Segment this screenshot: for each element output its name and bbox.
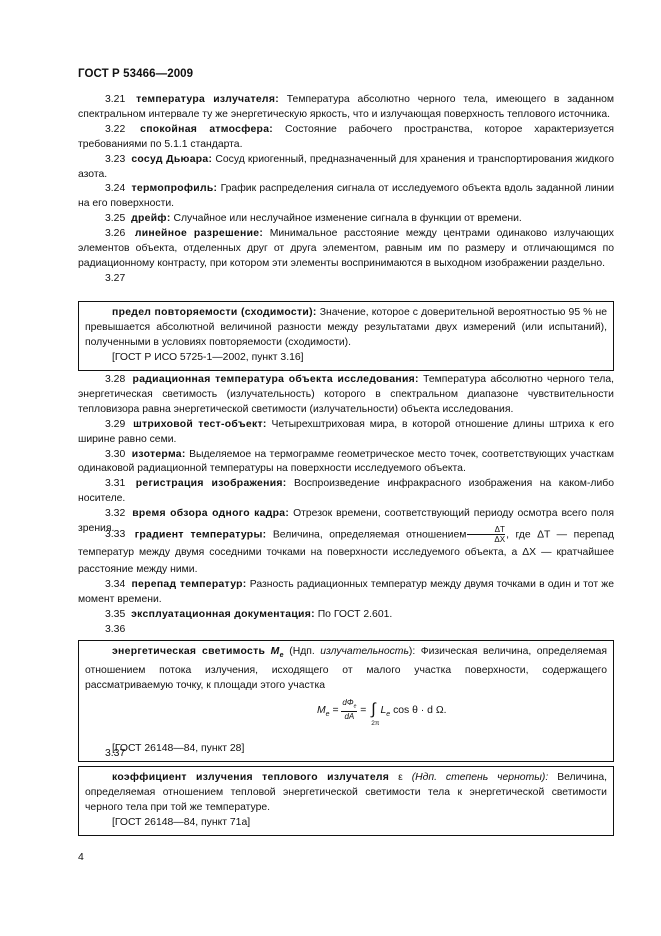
term-name: температура излучателя: (136, 94, 279, 105)
term-name: коэффициент излучения теплового излучате… (112, 772, 389, 783)
term-entry: 3.35 эксплуатационная документация: По Г… (78, 608, 614, 623)
term-box-3-27: предел повторяемости (сходимости): Значе… (78, 301, 614, 371)
term-number-3-37: 3.37 (78, 747, 614, 762)
integral-sign: ∫2π (371, 702, 375, 718)
term-name: сосуд Дьюара: (131, 154, 212, 165)
term-entry: 3.23 сосуд Дьюара: Сосуд криогенный, пре… (78, 153, 614, 183)
term-name: градиент температуры: (135, 529, 267, 540)
term-entry: 3.25 дрейф: Случайное или неслучайное из… (78, 212, 614, 227)
term-box-3-37: коэффициент излучения теплового излучате… (78, 766, 614, 836)
source-reference: [ГОСТ Р ИСО 5725-1—2002, пункт 3.16] (85, 351, 607, 366)
gradient-fraction: ΔTΔX (467, 525, 505, 544)
term-number: 3.27 (78, 272, 614, 287)
term-name: линейное разрешение: (135, 228, 263, 239)
term-name: энергетическая светимость (112, 646, 265, 657)
luminous-exitance-formula: Me = dΦedA = ∫2π Le cos θ · d Ω. (85, 698, 607, 732)
term-definition: Случайное или неслучайное изменение сигн… (173, 213, 521, 224)
term-name: регистрация изображения: (136, 478, 287, 489)
term-name: эксплуатационная документация: (131, 609, 315, 620)
term-entry: 3.34 перепад температур: Разность радиац… (78, 578, 614, 608)
terms-section-a: 3.21 температура излучателя: Температура… (78, 93, 614, 287)
term-number: 3.36 (78, 623, 614, 638)
page-number: 4 (78, 851, 84, 866)
document-header: ГОСТ Р 53466—2009 (78, 67, 193, 82)
term-name: перепад температур: (131, 579, 246, 590)
term-entry: 3.26 линейное разрешение: Минимальное ра… (78, 227, 614, 272)
term-name: радиационная температура объекта исследо… (133, 374, 419, 385)
term-name: спокойная атмосфера: (140, 124, 273, 135)
term-name: дрейф: (131, 213, 170, 224)
term-entry: 3.31 регистрация изображения: Воспроизве… (78, 477, 614, 507)
term-entry: 3.24 термопрофиль: График распределения … (78, 182, 614, 212)
term-name: термопрофиль: (132, 183, 218, 194)
terms-section-b: 3.28 радиационная температура объекта ис… (78, 373, 614, 537)
terms-section-c: 3.33 градиент температуры: Величина, опр… (78, 525, 614, 638)
term-name: время обзора одного кадра: (132, 508, 289, 519)
term-entry: 3.29 штриховой тест-объект: Четырехштрих… (78, 418, 614, 448)
source-reference: [ГОСТ 26148—84, пункт 71а] (85, 816, 607, 831)
term-box-3-36: энергетическая светимость Me (Ндп. излуч… (78, 640, 614, 762)
term-name: штриховой тест-объект: (133, 419, 267, 430)
term-entry: 3.33 градиент температуры: Величина, опр… (78, 525, 614, 578)
term-entry: 3.22 спокойная атмосфера: Состояние рабо… (78, 123, 614, 153)
boxed-term-entry: энергетическая светимость Me (Ндп. излуч… (85, 645, 607, 694)
term-entry: 3.30 изотерма: Выделяемое на термограмме… (78, 448, 614, 478)
boxed-term-entry: коэффициент излучения теплового излучате… (85, 771, 607, 816)
term-name: изотерма: (132, 449, 186, 460)
term-definition: По ГОСТ 2.601. (318, 609, 393, 620)
term-entry: 3.21 температура излучателя: Температура… (78, 93, 614, 123)
boxed-term-entry: предел повторяемости (сходимости): Значе… (85, 306, 607, 351)
term-name: предел повторяемости (сходимости): (112, 307, 317, 318)
term-entry: 3.28 радиационная температура объекта ис… (78, 373, 614, 418)
